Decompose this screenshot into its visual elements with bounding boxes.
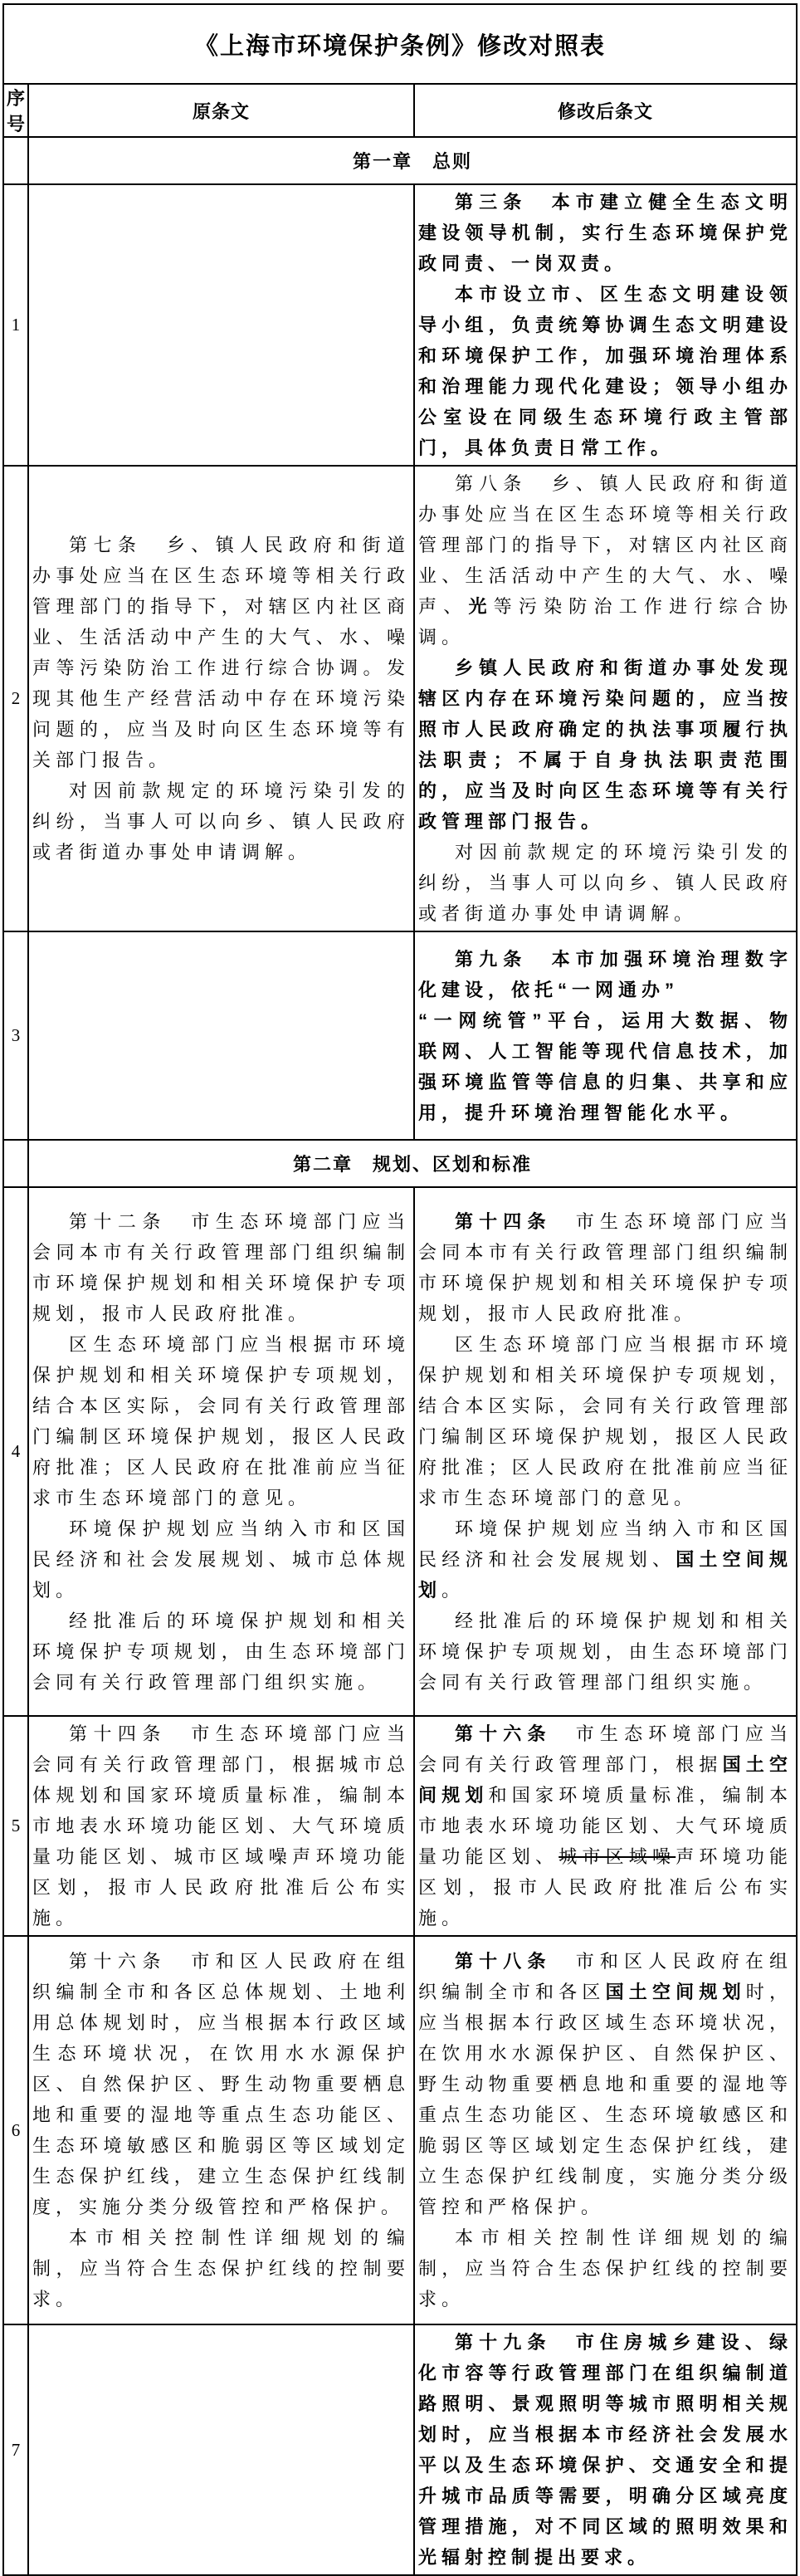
clause-text: 区生态环境部门应当根据市环境保护规划和相关环境保护专项规划，结合本区实际，会同有… — [32, 1334, 410, 1508]
paragraph: 第八条 乡、镇人民政府和街道办事处应当在区生态环境等相关行政管理部门的指导下，对… — [418, 468, 793, 653]
revised-text-cell: 第十八条 市和区人民政府在组织编制全市和各区国土空间规划时，应当根据本行政区域生… — [414, 1936, 797, 2324]
paragraph: 乡镇人民政府和街道办事处发现辖区内存在环境污染问题的，应当按照市人民政府确定的执… — [418, 653, 793, 837]
table-row: 3第九条 本市加强环境治理数字化建设，依托“一网通办”“一网统管”平台，运用大数… — [3, 931, 797, 1140]
row-number: 4 — [3, 1187, 28, 1716]
revised-emphasis-text: “一网统管”平台，运用大数据、物联网、人工智能等现代信息技术，加强环境监管等信息… — [418, 1010, 793, 1123]
paragraph: 第十六条 市生态环境部门应当会同有关行政管理部门，根据国土空间规划和国家环境质量… — [418, 1718, 793, 1933]
paragraph: 第十四条 市生态环境部门应当会同有关行政管理部门，根据城市总体规划和国家环境质量… — [32, 1718, 410, 1933]
paragraph: 第十八条 市和区人民政府在组织编制全市和各区国土空间规划时，应当根据本行政区域生… — [418, 1946, 793, 2222]
table-row: 5第十四条 市生态环境部门应当会同有关行政管理部门，根据城市总体规划和国家环境质… — [3, 1716, 797, 1936]
clause-text: 第十四条 市生态环境部门应当会同有关行政管理部门，根据城市总体规划和国家环境质量… — [32, 1723, 410, 1928]
paragraph: 第十九条 市住房城乡建设、绿化市容等行政管理部门在组织编制道路照明、景观照明等城… — [418, 2327, 793, 2573]
revised-text-cell: 第十四条 市生态环境部门应当会同本市有关行政管理部门组织编制市环境保护规划和相关… — [414, 1187, 797, 1716]
clause-text: 对因前款规定的环境污染引发的纠纷，当事人可以向乡、镇人民政府或者街道办事处申请调… — [418, 842, 793, 924]
deleted-text: 城市区域噪 — [559, 1846, 676, 1867]
paragraph: 第十二条 市生态环境部门应当会同本市有关行政管理部门组织编制市环境保护规划和相关… — [32, 1206, 410, 1329]
paragraph: 经批准后的环境保护规划和相关环境保护专项规划，由生态环境部门会同有关行政管理部门… — [32, 1606, 410, 1698]
revised-emphasis-text: 第十八条 — [455, 1951, 552, 1972]
original-text-cell: 第七条 乡、镇人民政府和街道办事处应当在区生态环境等相关行政管理部门的指导下，对… — [28, 466, 414, 931]
paragraph: 本市相关控制性详细规划的编制，应当符合生态保护红线的控制要求。 — [418, 2222, 793, 2314]
table-row: 2第七条 乡、镇人民政府和街道办事处应当在区生态环境等相关行政管理部门的指导下，… — [3, 466, 797, 931]
clause-text: 第十六条 市和区人民政府在组织编制全市和各区总体规划、土地利用总体规划时，应当根… — [32, 1951, 410, 2217]
table-row: 4第十二条 市生态环境部门应当会同本市有关行政管理部门组织编制市环境保护规划和相… — [3, 1187, 797, 1716]
clause-text: 对因前款规定的环境污染引发的纠纷，当事人可以向乡、镇人民政府或者街道办事处申请调… — [32, 780, 410, 863]
clause-text: 区生态环境部门应当根据市环境保护规划和相关环境保护专项规划，结合本区实际，会同有… — [418, 1334, 793, 1508]
revised-emphasis-text: 乡镇人民政府和街道办事处发现辖区内存在环境污染问题的，应当按照市人民政府确定的执… — [418, 657, 793, 832]
original-text-cell — [28, 931, 414, 1140]
clause-text: 经批准后的环境保护规划和相关环境保护专项规划，由生态环境部门会同有关行政管理部门… — [32, 1611, 410, 1693]
row-number: 3 — [3, 931, 28, 1140]
paragraph: “一网统管”平台，运用大数据、物联网、人工智能等现代信息技术，加强环境监管等信息… — [418, 1005, 793, 1128]
revised-emphasis-text: 光 — [468, 596, 493, 617]
paragraph: 第九条 本市加强环境治理数字化建设，依托“一网通办” — [418, 944, 793, 1005]
document-title: 《上海市环境保护条例》修改对照表 — [3, 4, 797, 84]
original-text-cell: 第十二条 市生态环境部门应当会同本市有关行政管理部门组织编制市环境保护规划和相关… — [28, 1187, 414, 1716]
clause-text: 本市相关控制性详细规划的编制，应当符合生态保护红线的控制要求。 — [418, 2227, 793, 2310]
clause-text: 第十二条 市生态环境部门应当会同本市有关行政管理部门组织编制市环境保护规划和相关… — [32, 1211, 410, 1324]
paragraph: 本市相关控制性详细规划的编制，应当符合生态保护红线的控制要求。 — [32, 2222, 410, 2314]
table-body: 第一章 总则1第三条 本市建立健全生态文明建设领导机制，实行生态环境保护党政同责… — [3, 137, 797, 2575]
revised-emphasis-text: 第十四条 — [455, 1211, 552, 1232]
title-row: 《上海市环境保护条例》修改对照表 — [3, 4, 797, 84]
clause-text: 经批准后的环境保护规划和相关环境保护专项规划，由生态环境部门会同有关行政管理部门… — [418, 1611, 793, 1693]
paragraph: 本市设立市、区生态文明建设领导小组，负责统筹协调生态文明建设和环境保护工作，加强… — [418, 279, 793, 463]
table-row: 7第十九条 市住房城乡建设、绿化市容等行政管理部门在组织编制道路照明、景观照明等… — [3, 2324, 797, 2575]
original-text-cell — [28, 184, 414, 466]
column-header-revised: 修改后条文 — [414, 84, 797, 137]
clause-text: 环境保护规划应当纳入市和区国民经济和社会发展规划、城市总体规划。 — [32, 1518, 410, 1601]
revised-emphasis-text: 本市设立市、区生态文明建设领导小组，负责统筹协调生态文明建设和环境保护工作，加强… — [418, 284, 793, 458]
paragraph: 区生态环境部门应当根据市环境保护规划和相关环境保护专项规划，结合本区实际，会同有… — [32, 1329, 410, 1513]
paragraph: 第十四条 市生态环境部门应当会同本市有关行政管理部门组织编制市环境保护规划和相关… — [418, 1206, 793, 1329]
chapter-row: 第二章 规划、区划和标准 — [3, 1140, 797, 1187]
row-number: 2 — [3, 466, 28, 931]
paragraph: 第十六条 市和区人民政府在组织编制全市和各区总体规划、土地利用总体规划时，应当根… — [32, 1946, 410, 2222]
paragraph: 环境保护规划应当纳入市和区国民经济和社会发展规划、国土空间规划。 — [418, 1513, 793, 1606]
clause-text: 。 — [441, 1580, 465, 1601]
paragraph: 第三条 本市建立健全生态文明建设领导机制，实行生态环境保护党政同责、一岗双责。 — [418, 187, 793, 279]
paragraph: 区生态环境部门应当根据市环境保护规划和相关环境保护专项规划，结合本区实际，会同有… — [418, 1329, 793, 1513]
row-number: 1 — [3, 184, 28, 466]
table-row: 6第十六条 市和区人民政府在组织编制全市和各区总体规划、土地利用总体规划时，应当… — [3, 1936, 797, 2324]
chapter-row: 第一章 总则 — [3, 137, 797, 184]
row-number: 5 — [3, 1716, 28, 1936]
row-number-cell — [3, 1140, 28, 1187]
revised-text-cell: 第三条 本市建立健全生态文明建设领导机制，实行生态环境保护党政同责、一岗双责。本… — [414, 184, 797, 466]
clause-text: 第七条 乡、镇人民政府和街道办事处应当在区生态环境等相关行政管理部门的指导下，对… — [32, 535, 410, 770]
original-text-cell — [28, 2324, 414, 2575]
row-number-cell — [3, 137, 28, 184]
column-header-row: 序号 原条文 修改后条文 — [3, 84, 797, 137]
paragraph: 经批准后的环境保护规划和相关环境保护专项规划，由生态环境部门会同有关行政管理部门… — [418, 1606, 793, 1698]
column-header-no: 序号 — [3, 84, 28, 137]
revised-text-cell: 第十六条 市生态环境部门应当会同有关行政管理部门，根据国土空间规划和国家环境质量… — [414, 1716, 797, 1936]
clause-text: 时，应当根据本行政区域生态环境状况，在饮用水水源保护区、自然保护区、野生动物重要… — [418, 1982, 793, 2217]
column-header-original: 原条文 — [28, 84, 414, 137]
revised-emphasis-text: 第九条 本市加强环境治理数字化建设，依托“一网通办” — [418, 949, 793, 1000]
revised-text-cell: 第十九条 市住房城乡建设、绿化市容等行政管理部门在组织编制道路照明、景观照明等城… — [414, 2324, 797, 2575]
row-number: 7 — [3, 2324, 28, 2575]
original-text-cell: 第十四条 市生态环境部门应当会同有关行政管理部门，根据城市总体规划和国家环境质量… — [28, 1716, 414, 1936]
revised-text-cell: 第八条 乡、镇人民政府和街道办事处应当在区生态环境等相关行政管理部门的指导下，对… — [414, 466, 797, 931]
row-number: 6 — [3, 1936, 28, 2324]
chapter-heading: 第二章 规划、区划和标准 — [28, 1140, 797, 1187]
original-text-cell: 第十六条 市和区人民政府在组织编制全市和各区总体规划、土地利用总体规划时，应当根… — [28, 1936, 414, 2324]
table-row: 1第三条 本市建立健全生态文明建设领导机制，实行生态环境保护党政同责、一岗双责。… — [3, 184, 797, 466]
revised-emphasis-text: 第十九条 市住房城乡建设、绿化市容等行政管理部门在组织编制道路照明、景观照明等城… — [418, 2332, 793, 2568]
revised-text-cell: 第九条 本市加强环境治理数字化建设，依托“一网通办”“一网统管”平台，运用大数据… — [414, 931, 797, 1140]
revised-emphasis-text: 第十六条 — [455, 1723, 552, 1744]
clause-text: 本市相关控制性详细规划的编制，应当符合生态保护红线的控制要求。 — [32, 2227, 410, 2310]
paragraph: 对因前款规定的环境污染引发的纠纷，当事人可以向乡、镇人民政府或者街道办事处申请调… — [418, 837, 793, 929]
chapter-heading: 第一章 总则 — [28, 137, 797, 184]
revised-emphasis-text: 第三条 本市建立健全生态文明建设领导机制，实行生态环境保护党政同责、一岗双责。 — [418, 192, 793, 274]
paragraph: 第七条 乡、镇人民政府和街道办事处应当在区生态环境等相关行政管理部门的指导下，对… — [32, 530, 410, 775]
revised-emphasis-text: 国土空间规划 — [606, 1982, 746, 2002]
paragraph: 环境保护规划应当纳入市和区国民经济和社会发展规划、城市总体规划。 — [32, 1513, 410, 1606]
paragraph: 对因前款规定的环境污染引发的纠纷，当事人可以向乡、镇人民政府或者街道办事处申请调… — [32, 775, 410, 868]
comparison-table: 《上海市环境保护条例》修改对照表 序号 原条文 修改后条文 第一章 总则1第三条… — [2, 3, 798, 2576]
